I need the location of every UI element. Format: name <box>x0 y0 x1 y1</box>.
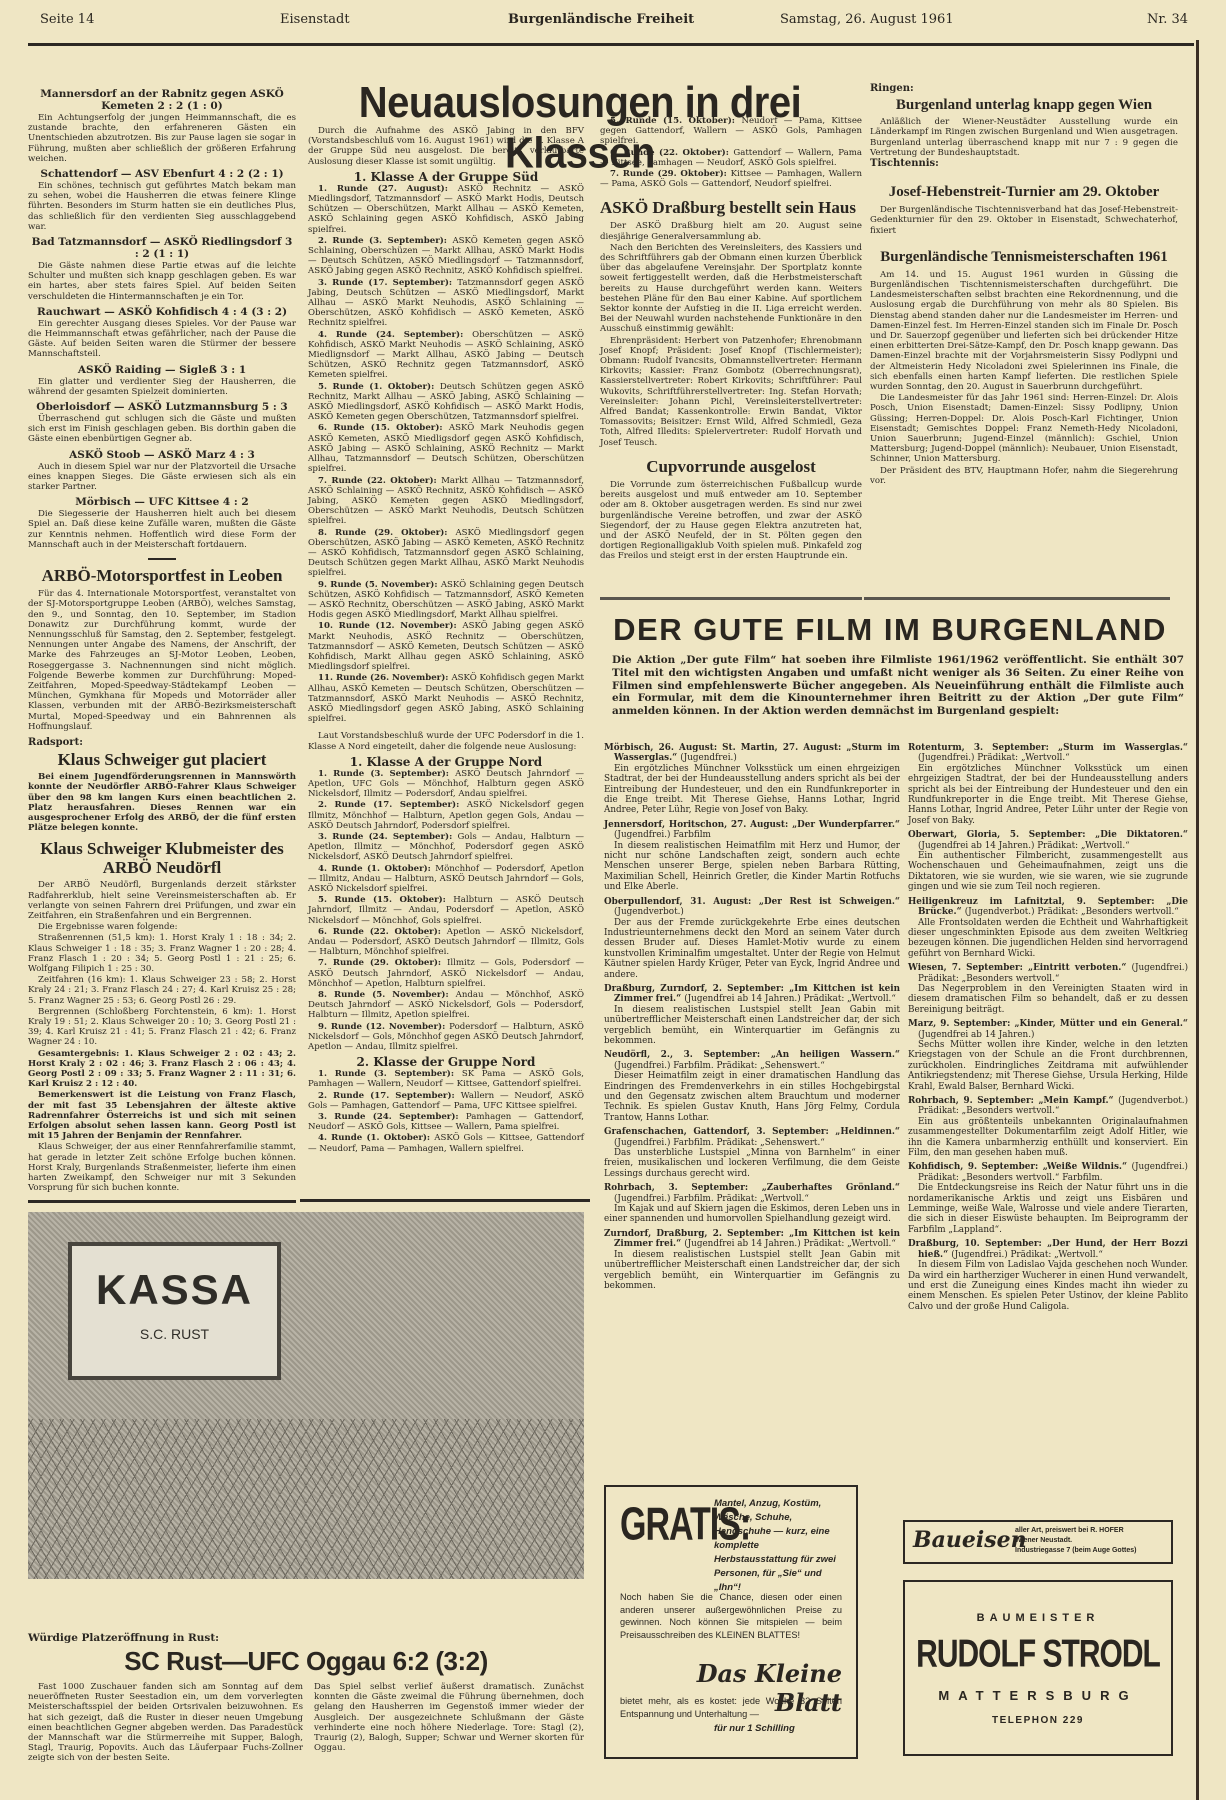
round-item: 4. Runde (24. September): Oberschützen —… <box>308 330 584 381</box>
film-rating: (Jugendfrei.) <box>680 753 736 763</box>
round-item: 1. Runde (27. August): ASKÖ Rechnitz — A… <box>308 184 584 235</box>
klub-paragraph: Bemerkenswert ist die Leistung von Franz… <box>28 1090 296 1141</box>
gratis-items: Mantel, Anzug, Kostüm, Wäsche, Schuhe, H… <box>714 1497 842 1595</box>
match-text: Auch in diesem Spiel war nur der Platzvo… <box>28 462 296 493</box>
round-item: 2. Runde (17. September): ASKÖ Nickelsdo… <box>308 800 584 831</box>
film-heading: Heiligenkreuz im Lafnitztal, 9. Septembe… <box>908 897 1188 918</box>
film-title: „An heiligen Wassern.“ <box>771 1050 900 1060</box>
baueisen-line: aller Art, preiswert bei R. HOFER <box>1015 1526 1137 1536</box>
film-entry: Wiesen, 7. September: „Eintritt verboten… <box>908 963 1188 1015</box>
sign-subtext: S.C. RUST <box>72 1326 277 1342</box>
round-label: 1. Runde (27. August): <box>318 184 458 194</box>
drassburg-paragraph: Ehrenpräsident: Herbert von Patzenhofer;… <box>600 336 862 448</box>
issue-number: Nr. 34 <box>1147 12 1188 27</box>
film-rating: (Jugendfrei.) Prädikat: „Wertvoll.“ <box>951 1250 1103 1260</box>
round-item: 5. Runde (15. Oktober): Neudorf — Pama, … <box>600 116 862 147</box>
right-column: Ringen: Burgenland unterlag knapp gegen … <box>870 84 1178 487</box>
film-description: Dieser Heimatfilm zeigt in einer dramati… <box>604 1071 900 1123</box>
stadium-photo: KASSA S.C. RUST <box>28 1212 584 1579</box>
round-label: 9. Runde (5. November): <box>318 580 441 590</box>
sued-heading: 1. Klasse A der Gruppe Süd <box>308 171 584 183</box>
round-label: 5. Runde (15. Oktober): <box>318 895 453 905</box>
round-label: 4. Runde (24. September): <box>318 330 472 340</box>
film-description: Die Entdeckungsreise ins Reich der Natur… <box>908 1183 1188 1235</box>
round-item: 11. Runde (26. November): ASKÖ Kohfidisc… <box>308 673 584 724</box>
round-label: 4. Runde (1. Oktober): <box>318 1133 434 1143</box>
film-heading: Mörbisch, 26. August: St. Martin, 27. Au… <box>604 743 900 764</box>
film-description: In diesem realistischen Lustspiel stellt… <box>604 1250 900 1292</box>
film-heading: Rohrbach, 3. September: „Zauberhaftes Gr… <box>604 1183 900 1204</box>
klub-headline: Klaus Schweiger Klubmeister des ARBÖ Neu… <box>28 839 296 877</box>
match-heading: Mannersdorf an der Rabnitz gegen ASKÖ Ke… <box>28 88 296 112</box>
divider <box>148 558 176 560</box>
film-heading: Oberpullendorf, 31. August: „Der Rest is… <box>604 897 900 918</box>
film-title: „Eintritt verboten.“ <box>1028 963 1132 973</box>
arbo-text: Für das 4. Internationale Motorsportfest… <box>28 589 296 732</box>
round-label: 3. Runde (24. September): <box>318 832 458 842</box>
round-item: 3. Runde (24. September): Gols — Andau, … <box>308 832 584 863</box>
film-heading: Draßburg, Zurndorf, 2. September: „Im Ki… <box>604 984 900 1005</box>
klub-paragraph: Die Ergebnisse waren folgende: <box>28 922 296 932</box>
round-label: 1. Runde (3. September): <box>318 1069 462 1079</box>
drassburg-text: Der ASKÖ Draßburg hielt am 20. August se… <box>600 221 862 447</box>
round-label: 3. Runde (17. September): <box>318 278 457 288</box>
film-entry: Rohrbach, 3. September: „Zauberhaftes Gr… <box>604 1183 900 1225</box>
round-item: 6. Runde (22. Oktober): Gattendorf — Wal… <box>600 148 862 168</box>
film-place: Rohrbach, 9. September: <box>908 1096 1038 1106</box>
tennis-paragraph: Am 14. und 15. August 1961 wurden in Güs… <box>870 270 1178 392</box>
film-place: Rotenturm, 3. September: <box>908 743 1058 753</box>
round-label: 10. Runde (12. November): <box>318 621 462 631</box>
film-entry: Jennersdorf, Horitschon, 27. August: „De… <box>604 820 900 893</box>
film-place: Draßburg, Zurndorf, 2. September: <box>604 984 789 994</box>
radsport-headline: Klaus Schweiger gut placiert <box>28 750 296 770</box>
film-rating: (Jugendfrei.) Farbfilm <box>614 830 711 840</box>
film-rating: (Jugendfrei.) Prädikat: „Wertvoll.“ <box>918 753 1070 763</box>
paper-name: Burgenländische Freiheit <box>508 12 694 27</box>
film-title: „Kinder, Mütter und ein General.“ <box>1014 1019 1188 1029</box>
round-label: 1. Runde (3. September): <box>318 769 455 779</box>
round-item: 10. Runde (12. November): ASKÖ Jabing ge… <box>308 621 584 672</box>
gratis-price: für nur 1 Schilling <box>714 1723 795 1734</box>
match-text: Ein schönes, technisch gut geführtes Mat… <box>28 181 296 232</box>
film-entry: Mörbisch, 26. August: St. Martin, 27. Au… <box>604 743 900 816</box>
rust-text-left: Fast 1000 Zuschauer fanden sich am Sonnt… <box>28 1682 303 1765</box>
film-heading: Grafenschachen, Gattendorf, 3. September… <box>604 1127 900 1148</box>
film-heading: Jennersdorf, Horitschon, 27. August: „De… <box>604 820 900 841</box>
film-list-left: Mörbisch, 26. August: St. Martin, 27. Au… <box>604 743 900 1295</box>
match-text: Die Siegesserie der Hausherren hielt auc… <box>28 509 296 550</box>
film-description: Ein ergötzliches Münchner Volksstück um … <box>604 764 900 816</box>
kassa-sign: KASSA S.C. RUST <box>68 1242 281 1380</box>
round-item: 5. Runde (1. Oktober): Deutsch Schützen … <box>308 382 584 423</box>
third-column: 5. Runde (15. Oktober): Neudorf — Pama, … <box>600 116 862 563</box>
match-text: Überraschend gut schlugen sich die Gäste… <box>28 414 296 445</box>
film-place: Oberpullendorf, 31. August: <box>604 897 759 907</box>
arbo-headline: ARBÖ-Motorsportfest in Leoben <box>28 566 296 586</box>
tennis-headline: Burgenländische Tennismeisterschaften 19… <box>870 248 1178 266</box>
klub-paragraph: Der ARBÖ Neudörfl, Burgenlands derzeit s… <box>28 880 296 921</box>
round-label: 6. Runde (22. Oktober): <box>318 927 447 937</box>
film-description: Ein ergötzliches Münchner Volksstück um … <box>908 764 1188 826</box>
film-entry: Oberpullendorf, 31. August: „Der Rest is… <box>604 897 900 980</box>
film-title: „Heldinnen.“ <box>835 1127 900 1137</box>
round-label: 9. Runde (12. November): <box>318 1022 449 1032</box>
baueisen-ad: Baueisen aller Art, preiswert bei R. HOF… <box>903 1520 1173 1564</box>
film-place: Neudörfl, 2., 3. September: <box>604 1050 771 1060</box>
rust-kicker: Würdige Platzeröffnung in Rust: <box>28 1632 219 1644</box>
film-title: „Der Rest ist Schweigen.“ <box>759 897 900 907</box>
match-text: Ein gerechter Ausgang dieses Spieles. Vo… <box>28 319 296 360</box>
match-heading: ASKÖ Raiding — Sigleß 3 : 1 <box>28 364 296 376</box>
film-heading: Neudörfl, 2., 3. September: „An heiligen… <box>604 1050 900 1071</box>
drassburg-paragraph: Nach den Berichten des Vereinsleiters, d… <box>600 243 862 335</box>
film-place: Heiligenkreuz im Lafnitztal, 9. Septembe… <box>908 897 1166 907</box>
round-item: 3. Runde (24. September): Pamhagen — Gat… <box>308 1112 584 1132</box>
film-entry: Marz, 9. September: „Kinder, Mütter und … <box>908 1019 1188 1092</box>
round-item: 6. Runde (22. Oktober): Apetlon — ASKÖ N… <box>308 927 584 958</box>
rust-headline: SC Rust—UFC Oggau 6:2 (3:2) <box>28 1646 584 1677</box>
round-label: 7. Runde (29. Oktober): <box>318 958 447 968</box>
klub-paragraph: Zeitfahren (16 km): 1. Klaus Schweiger 2… <box>28 975 296 1006</box>
masthead-rule <box>28 43 1194 46</box>
issue-date: Samstag, 26. August 1961 <box>780 12 954 27</box>
nord-rounds: 1. Runde (3. September): ASKÖ Deutsch Ja… <box>308 769 584 1052</box>
ringen-headline: Burgenland unterlag knapp gegen Wien <box>870 96 1178 114</box>
round-item: 1. Runde (3. September): ASKÖ Deutsch Ja… <box>308 769 584 800</box>
film-rating: (Jugendfrei ab 14 Jahren.) Prädikat: „We… <box>684 994 896 1004</box>
strodl-name: RUDOLF STRODL <box>905 1633 1171 1677</box>
strodl-ad: BAUMEISTER RUDOLF STRODL MATTERSBURG TEL… <box>903 1580 1173 1756</box>
film-entry: Neudörfl, 2., 3. September: „An heiligen… <box>604 1050 900 1123</box>
nord2-heading: 2. Klasse der Gruppe Nord <box>308 1056 584 1068</box>
film-heading: Draßburg, 10. September: „Der Hund, der … <box>908 1239 1188 1260</box>
round-label: 2. Runde (17. September): <box>318 800 467 810</box>
round-item: 9. Runde (12. November): Podersdorf — Ha… <box>308 1022 584 1053</box>
film-entry: Draßburg, Zurndorf, 2. September: „Im Ki… <box>604 984 900 1046</box>
match-heading: Bad Tatzmannsdorf — ASKÖ Riedlingsdorf 3… <box>28 236 296 260</box>
nord-note: Laut Vorstandsbeschluß wurde der UFC Pod… <box>308 731 584 751</box>
divider <box>300 1199 590 1202</box>
city: Eisenstadt <box>280 12 350 27</box>
gratis-ad: GRATIS: Mantel, Anzug, Kostüm, Wäsche, S… <box>604 1485 858 1759</box>
film-rating: (Jugendverbot.) Prädikat: „Besonders wer… <box>965 907 1179 917</box>
drassburg-paragraph: Der ASKÖ Draßburg hielt am 20. August se… <box>600 221 862 241</box>
tennis-paragraph: Der Präsident des BTV, Hauptmann Hofer, … <box>870 466 1178 486</box>
ringen-kicker: Ringen: <box>870 84 1178 94</box>
film-entry: Oberwart, Gloria, 5. September: „Die Dik… <box>908 830 1188 892</box>
divider <box>600 597 862 600</box>
baueisen-word: Baueisen <box>913 1527 1027 1553</box>
round-item: 9. Runde (5. November): ASKÖ Schlaining … <box>308 580 584 621</box>
film-entry: Kohfidisch, 9. September: „Weiße Wildnis… <box>908 1162 1188 1235</box>
sign-text: KASSA <box>72 1266 277 1314</box>
film-title: „Weiße Wildnis.“ <box>1043 1162 1132 1172</box>
film-description: Ein authentischer Filmbericht, zusammeng… <box>908 851 1188 893</box>
round-item: 4. Runde (1. Oktober): ASKÖ Gols — Kitts… <box>308 1133 584 1153</box>
nord-heading: 1. Klasse A der Gruppe Nord <box>308 756 584 768</box>
film-place: Marz, 9. September: <box>908 1019 1014 1029</box>
film-title: „Die Diktatoren.“ <box>1095 830 1188 840</box>
strodl-city: MATTERSBURG <box>905 1688 1171 1703</box>
round-label: 4. Runde (1. Oktober): <box>318 864 435 874</box>
match-text: Ein glatter und verdienter Sieg der Haus… <box>28 377 296 397</box>
main-intro: Durch die Aufnahme des ASKÖ Jabing in de… <box>308 126 584 167</box>
page-edge <box>1196 40 1199 1800</box>
round-item: 2. Runde (17. September): Wallern — Neud… <box>308 1091 584 1111</box>
masthead: Seite 14 Eisenstadt Burgenländische Frei… <box>40 6 1188 46</box>
film-rating: (Jugendfrei ab 14 Jahren.) <box>918 1030 1034 1040</box>
klub-paragraph: Klaus Schweiger, der aus einer Rennfahre… <box>28 1142 296 1193</box>
round-item: 8. Runde (5. November): Andau — Mönchhof… <box>308 990 584 1021</box>
radsport-kicker: Radsport: <box>28 738 296 748</box>
film-place: Oberwart, Gloria, 5. September: <box>908 830 1095 840</box>
film-place: Grafenschachen, Gattendorf, 3. September… <box>604 1127 835 1137</box>
film-title: „Mein Kampf.“ <box>1038 1096 1118 1106</box>
cup-headline: Cupvorrunde ausgelost <box>600 457 862 477</box>
film-place: Mörbisch, 26. August: St. Martin, 27. Au… <box>604 743 846 753</box>
film-title: „Sturm im Wasserglas.“ <box>1058 743 1188 753</box>
divider <box>864 597 1170 600</box>
round-label: 2. Runde (17. September): <box>318 1091 461 1101</box>
round-item: 7. Runde (29. Oktober): Kittsee — Pamhag… <box>600 169 862 189</box>
film-description: In diesem realistischen Heimatfilm mit H… <box>604 841 900 893</box>
film-intro: Die Aktion „Der gute Film“ hat soeben ih… <box>612 654 1184 718</box>
baueisen-info: aller Art, preiswert bei R. HOFER Wiener… <box>1015 1526 1137 1556</box>
tischtennis-headline: Josef-Hebenstreit-Turnier am 29. Oktober <box>870 183 1178 201</box>
sued-rounds: 1. Runde (27. August): ASKÖ Rechnitz — A… <box>308 184 584 725</box>
gratis-text: Noch haben Sie die Chance, diesen oder e… <box>620 1591 842 1641</box>
round-label: 5. Runde (15. Oktober): <box>610 116 741 126</box>
film-rating: (Jugendfrei ab 14 Jahren.) Prädikat: „We… <box>684 1239 896 1249</box>
baueisen-line: Industriegasse 7 (beim Auge Gottes) <box>1015 1546 1137 1556</box>
film-title: „Der Wunderpfarrer.“ <box>792 820 900 830</box>
round-label: 5. Runde (1. Oktober): <box>318 382 440 392</box>
film-place: Wiesen, 7. September: <box>908 963 1028 973</box>
gratis-offer: bietet mehr, als es kostet: jede Woche 3… <box>620 1695 842 1720</box>
film-place: Jennersdorf, Horitschon, 27. August: <box>604 820 792 830</box>
film-headline: DER GUTE FILM IM BURGENLAND <box>600 612 1180 648</box>
film-place: Kohfidisch, 9. September: <box>908 1162 1043 1172</box>
cup-text: Die Vorrunde zum österreichischen Fußbal… <box>600 480 862 562</box>
round-item: 7. Runde (22. Oktober): Markt Allhau — T… <box>308 476 584 527</box>
film-place: Rohrbach, 3. September: <box>604 1183 762 1193</box>
film-entry: Heiligenkreuz im Lafnitztal, 9. Septembe… <box>908 897 1188 959</box>
page-number: Seite 14 <box>40 12 94 27</box>
klub-paragraph: Straßenrennen (51,5 km): 1. Horst Kraly … <box>28 933 296 974</box>
round-item: 5. Runde (15. Oktober): Halbturn — ASKÖ … <box>308 895 584 926</box>
klub-paragraph: Gesamtergebnis: 1. Klaus Schweiger 2 : 0… <box>28 1049 296 1090</box>
film-rating: (Jugendfrei.) Farbfilm. Prädikat: „Sehen… <box>614 1138 825 1148</box>
left-column: Mannersdorf an der Rabnitz gegen ASKÖ Ke… <box>28 84 296 1194</box>
round-label: 7. Runde (29. Oktober): <box>610 169 731 179</box>
round-label: 7. Runde (22. Oktober): <box>318 476 441 486</box>
film-heading: Oberwart, Gloria, 5. September: „Die Dik… <box>908 830 1188 851</box>
round-item: 2. Runde (3. September): ASKÖ Kemeten ge… <box>308 236 584 277</box>
nord2-rounds: 1. Runde (3. September): SK Pama — ASKÖ … <box>308 1069 584 1154</box>
round-item: 8. Runde (29. Oktober): ASKÖ Miedlingsdo… <box>308 528 584 579</box>
film-description: Ein aus größtenteils unbekannten Origina… <box>908 1117 1188 1159</box>
round-item: 1. Runde (3. September): SK Pama — ASKÖ … <box>308 1069 584 1089</box>
ringen-text: Anläßlich der Wiener-Neustädter Ausstell… <box>870 117 1178 158</box>
film-title: „Zauberhaftes Grönland.“ <box>762 1183 900 1193</box>
drassburg-headline: ASKÖ Draßburg bestellt sein Haus <box>600 198 862 218</box>
round-label: 3. Runde (24. September): <box>318 1112 466 1122</box>
film-heading: Rohrbach, 9. September: „Mein Kampf.“ (J… <box>908 1096 1188 1117</box>
match-heading: Oberloisdorf — ASKÖ Lutzmannsburg 5 : 3 <box>28 401 296 413</box>
film-description: Sechs Mütter wollen ihre Kinder, welche … <box>908 1040 1188 1092</box>
round-item: 3. Runde (17. September): Tatzmannsdorf … <box>308 278 584 329</box>
tischtennis-kicker: Tischtennis: <box>870 159 1178 169</box>
film-entry: Grafenschachen, Gattendorf, 3. September… <box>604 1127 900 1179</box>
film-heading: Wiesen, 7. September: „Eintritt verboten… <box>908 963 1188 984</box>
film-rating: (Jugendfrei.) Farbfilm. Prädikat: „Wertv… <box>614 1194 809 1204</box>
rust-paragraph: Das Spiel selbst verlief äußerst dramati… <box>314 1682 584 1753</box>
rust-paragraph: Fast 1000 Zuschauer fanden sich am Sonnt… <box>28 1682 303 1764</box>
match-text: Die Gäste nahmen diese Partie etwas auf … <box>28 261 296 302</box>
round-item: 4. Runde (1. Oktober): Mönchhof — Poders… <box>308 864 584 895</box>
match-heading: Mörbisch — UFC Kittsee 4 : 2 <box>28 496 296 508</box>
film-description: In diesem realistischen Lustspiel stellt… <box>604 1005 900 1047</box>
round-item: 6. Runde (15. Oktober): ASKÖ Mark Neuhod… <box>308 423 584 474</box>
tischtennis-text: Der Burgenländische Tischtennisverband h… <box>870 205 1178 236</box>
strodl-phone: TELEPHON 229 <box>905 1715 1171 1726</box>
strodl-kicker: BAUMEISTER <box>905 1612 1171 1624</box>
klub-paragraph: Bergrennen (Schloßberg Forchtenstein, 6 … <box>28 1007 296 1048</box>
divider <box>28 1200 296 1203</box>
baueisen-line: Wiener Neustadt. <box>1015 1536 1137 1546</box>
round-label: 2. Runde (3. September): <box>318 236 452 246</box>
film-description: Alle Frontsoldaten werden die Echtheit u… <box>908 918 1188 960</box>
round-item: 7. Runde (29. Oktober): Illmitz — Gols, … <box>308 958 584 989</box>
klub-text: Der ARBÖ Neudörfl, Burgenlands derzeit s… <box>28 880 296 1193</box>
match-heading: Rauchwart — ASKÖ Kohfidisch 4 : 4 (3 : 2… <box>28 306 296 318</box>
film-description: In diesem Film von Ladislao Vajda gesche… <box>908 1260 1188 1312</box>
film-heading: Zurndorf, Draßburg, 2. September: „Im Ki… <box>604 1229 900 1250</box>
match-text: Ein Achtungserfolg der jungen Heimmannsc… <box>28 113 296 164</box>
film-place: Zurndorf, Draßburg, 2. September: <box>604 1229 789 1239</box>
film-description: Das Negerproblem in den Vereinigten Staa… <box>908 984 1188 1015</box>
round-label: 8. Runde (5. November): <box>318 990 456 1000</box>
film-entry: Zurndorf, Draßburg, 2. September: „Im Ki… <box>604 1229 900 1291</box>
film-place: Draßburg, 10. September: <box>908 1239 1047 1249</box>
match-heading: ASKÖ Stoob — ASKÖ Marz 4 : 3 <box>28 449 296 461</box>
film-rating: (Jugendfrei ab 14 Jahren.) Prädikat: „We… <box>918 841 1130 851</box>
film-description: Im Kajak und auf Skiern jagen die Eskimo… <box>604 1204 900 1225</box>
film-heading: Marz, 9. September: „Kinder, Mütter und … <box>908 1019 1188 1040</box>
tennis-paragraph: Die Landesmeister für das Jahr 1961 sind… <box>870 393 1178 464</box>
round-label: 6. Runde (22. Oktober): <box>610 148 733 158</box>
round-label: 11. Runde (26. November): <box>318 673 451 683</box>
fence <box>28 1419 584 1579</box>
film-rating: (Jugendfrei.) Farbfilm. Prädikat: „Sehen… <box>614 1061 825 1071</box>
middle-column: Durch die Aufnahme des ASKÖ Jabing in de… <box>308 126 584 1155</box>
round-label: 8. Runde (29. Oktober): <box>318 528 455 538</box>
film-entry: Rotenturm, 3. September: „Sturm im Wasse… <box>908 743 1188 826</box>
round-label: 6. Runde (15. Oktober): <box>318 423 449 433</box>
tennis-text: Am 14. und 15. August 1961 wurden in Güs… <box>870 270 1178 486</box>
film-entry: Draßburg, 10. September: „Der Hund, der … <box>908 1239 1188 1312</box>
nord2-rounds-cont: 5. Runde (15. Oktober): Neudorf — Pama, … <box>600 116 862 189</box>
film-heading: Rotenturm, 3. September: „Sturm im Wasse… <box>908 743 1188 764</box>
rust-text-right: Das Spiel selbst verlief äußerst dramati… <box>314 1682 584 1754</box>
film-description: Der aus der Fremde zurückgekehrte Erbe e… <box>604 918 900 980</box>
radsport-text: Bei einem Jugendförderungsrennen in Mann… <box>28 772 296 833</box>
film-list-right: Rotenturm, 3. September: „Sturm im Wasse… <box>908 743 1188 1316</box>
film-heading: Kohfidisch, 9. September: „Weiße Wildnis… <box>908 1162 1188 1183</box>
match-heading: Schattendorf — ASV Ebenfurt 4 : 2 (2 : 1… <box>28 168 296 180</box>
film-entry: Rohrbach, 9. September: „Mein Kampf.“ (J… <box>908 1096 1188 1158</box>
film-description: Das unsterbliche Lustspiel „Minna von Ba… <box>604 1148 900 1179</box>
match-reports: Mannersdorf an der Rabnitz gegen ASKÖ Ke… <box>28 88 296 550</box>
film-rating: (Jugendverbot.) <box>614 907 684 917</box>
